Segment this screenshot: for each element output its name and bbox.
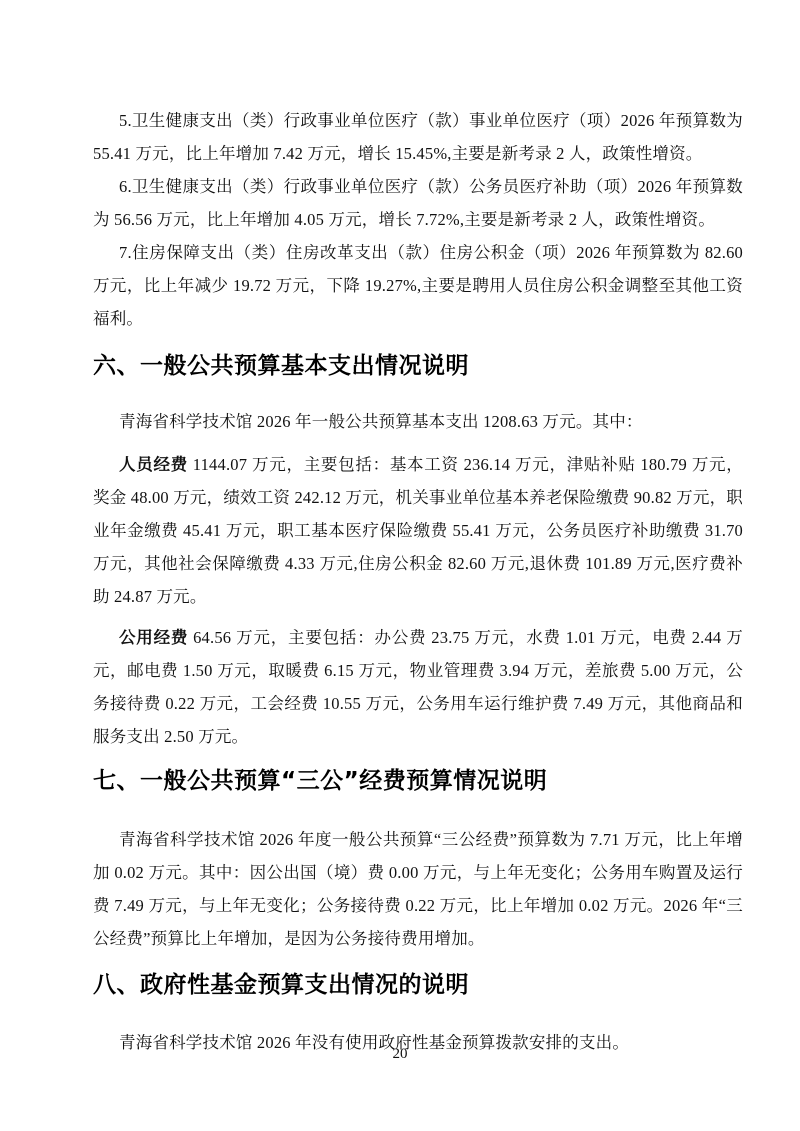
public-expense-text: 64.56 万元，主要包括：办公费 23.75 万元，水费 1.01 万元，电费… (93, 628, 743, 746)
public-expense-paragraph: 公用经费 64.56 万元，主要包括：办公费 23.75 万元，水费 1.01 … (93, 621, 743, 753)
budget-item-5-paragraph: 5.卫生健康支出（类）行政事业单位医疗（款）事业单位医疗（项）2026 年预算数… (93, 104, 743, 170)
budget-item-7-paragraph: 7.住房保障支出（类）住房改革支出（款）住房公积金（项）2026 年预算数为 8… (93, 236, 743, 335)
personnel-expense-text: 1144.07 万元，主要包括：基本工资 236.14 万元，津贴补贴 180.… (93, 455, 743, 606)
section-8-heading: 八、政府性基金预算支出情况的说明 (93, 970, 743, 1000)
document-page: 5.卫生健康支出（类）行政事业单位医疗（款）事业单位医疗（项）2026 年预算数… (0, 0, 800, 1131)
section-7-heading: 七、一般公共预算“三公”经费预算情况说明 (93, 766, 743, 796)
personnel-expense-paragraph: 人员经费 1144.07 万元，主要包括：基本工资 236.14 万元，津贴补贴… (93, 448, 743, 613)
personnel-expense-lead: 人员经费 (119, 455, 188, 474)
section-7-body-paragraph: 青海省科学技术馆 2026 年度一般公共预算“三公经费”预算数为 7.71 万元… (93, 823, 743, 955)
page-number: 20 (0, 1044, 800, 1064)
section-6-intro-paragraph: 青海省科学技术馆 2026 年一般公共预算基本支出 1208.63 万元。其中： (93, 405, 743, 438)
section-6-heading: 六、一般公共预算基本支出情况说明 (93, 351, 743, 381)
public-expense-lead: 公用经费 (119, 628, 188, 647)
budget-item-6-paragraph: 6.卫生健康支出（类）行政事业单位医疗（款）公务员医疗补助（项）2026 年预算… (93, 170, 743, 236)
